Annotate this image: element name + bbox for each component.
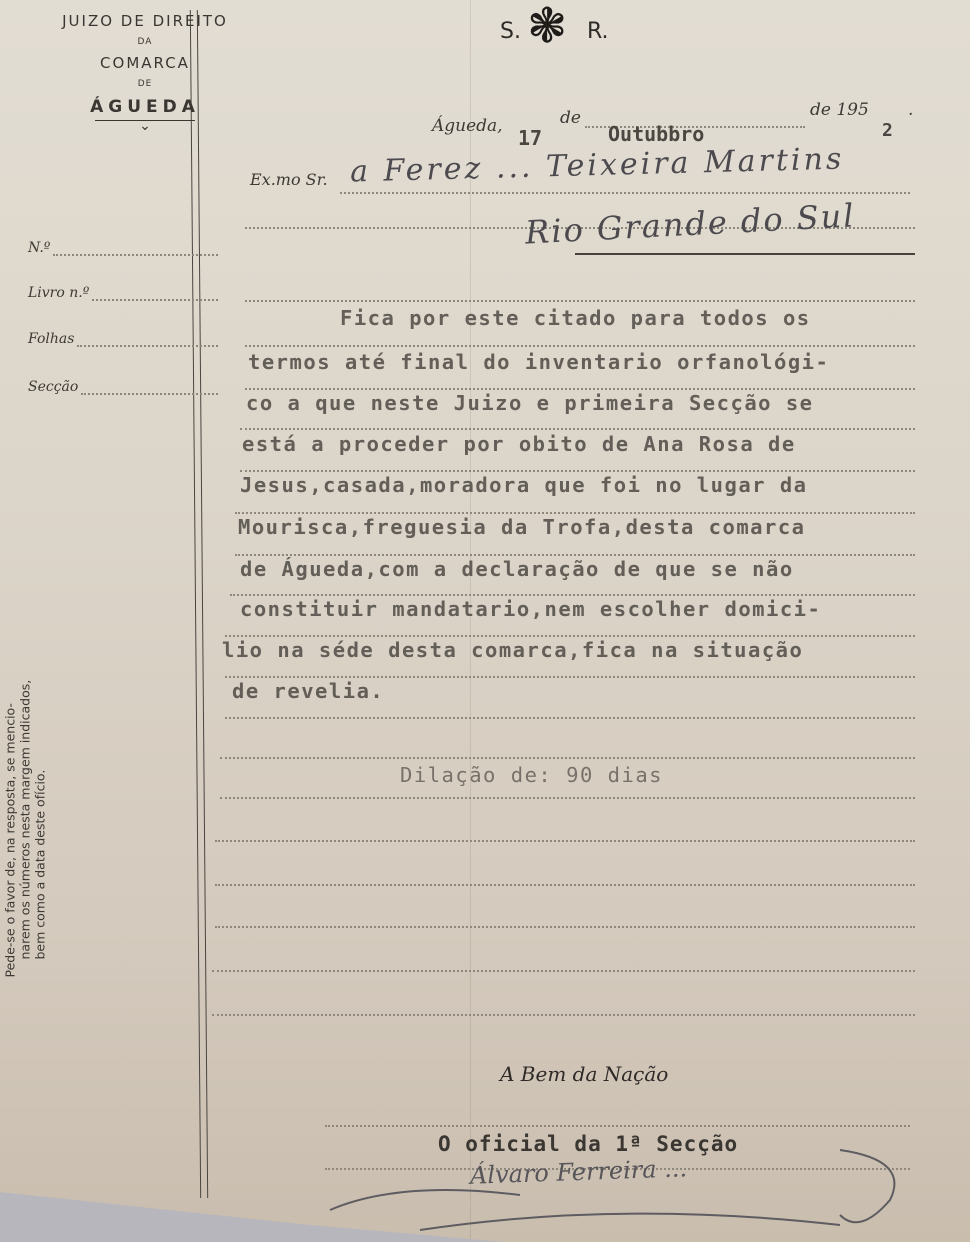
body-line-6: Mourisca,freguesia da Trofa,desta comarc… (238, 515, 806, 539)
ruled-line (215, 840, 915, 842)
field-label: Livro n.º (28, 285, 89, 301)
ruled-line (215, 926, 915, 928)
field-label: Secção (28, 379, 78, 395)
court-line-1: JUIZO DE DIREITO (40, 10, 250, 32)
body-line-3: co a que neste Juizo e primeira Secção s… (246, 391, 814, 415)
field-label: Folhas (28, 331, 74, 347)
field-numero: N.º (28, 240, 218, 256)
body-line-5: Jesus,casada,moradora que foi no lugar d… (240, 473, 808, 497)
ruled-line (235, 512, 915, 514)
court-line-3: COMARCA (40, 52, 250, 74)
body-line-9: lio na séde desta comarca,fica na situaç… (222, 638, 803, 662)
date-de: de (560, 108, 581, 128)
court-town: ÁGUEDA (40, 94, 250, 120)
field-blank (92, 287, 218, 301)
dilacao-line: Dilação de: 90 dias (400, 763, 663, 787)
field-blank (53, 242, 218, 256)
ruled-line (212, 1014, 915, 1016)
body-line-4: está a proceder por obito de Ana Rosa de (242, 432, 796, 456)
ruled-line (245, 388, 915, 390)
ruled-line (240, 470, 915, 472)
seal-header: S. ❃ R. (500, 8, 608, 54)
field-folhas: Folhas (28, 331, 218, 347)
ruled-line (212, 970, 915, 972)
date-month: Outubbro (608, 122, 704, 146)
court-line-4: DE (40, 74, 250, 94)
date-line: Águeda, 17 de Outubbro de 195 2 . (430, 100, 920, 140)
date-day: 17 (518, 126, 542, 150)
addressee-prefix: Ex.mo Sr. (250, 170, 328, 189)
addressee-underline (575, 253, 915, 255)
field-blank (77, 333, 218, 347)
coat-of-arms-icon: ❃ (527, 8, 581, 54)
ruled-line (225, 717, 915, 719)
field-seccao: Secção (28, 379, 218, 395)
body-line-7: de Águeda,com a declaração de que se não (240, 557, 794, 581)
ruled-line (230, 594, 915, 596)
chevron-down-icon: ⌄ (40, 121, 250, 131)
body-line-2: termos até final do inventario orfanológ… (248, 350, 829, 374)
ruled-line (215, 884, 915, 886)
addressee-place: Rio Grande do Sul (524, 196, 856, 251)
note-line: Pede-se o favor de, na resposta, se menc… (3, 588, 18, 978)
note-line: bem como a data deste ofício. (33, 588, 48, 978)
date-year-digit: 2 (882, 120, 893, 141)
margin-double-rule (190, 10, 208, 1198)
ruled-line (225, 676, 915, 678)
ruled-line (245, 345, 915, 347)
field-label: N.º (28, 240, 50, 256)
closing-phrase: A Bem da Nação (500, 1062, 668, 1086)
field-blank (81, 381, 218, 395)
ruled-line (235, 554, 915, 556)
signature-flourish (320, 1140, 920, 1240)
body-line-10: de revelia. (232, 679, 384, 703)
addressee-name: a Ferez ... Teixeira Martins (350, 142, 845, 190)
ruled-line (240, 428, 915, 430)
addressee-line-1 (340, 192, 910, 194)
field-livro: Livro n.º (28, 285, 218, 301)
date-century: de 195 (810, 100, 869, 120)
ruled-line (225, 635, 915, 637)
note-line: narem os números nesta margem indicados, (18, 588, 33, 978)
court-header: JUIZO DE DIREITO DA COMARCA DE ÁGUEDA ⌄ (40, 10, 250, 131)
document-paper: JUIZO DE DIREITO DA COMARCA DE ÁGUEDA ⌄ … (0, 0, 970, 1242)
body-line-8: constituir mandatario,nem escolher domic… (240, 597, 821, 621)
court-line-2: DA (40, 32, 250, 52)
margin-note: Pede-se o favor de, na resposta, se menc… (3, 588, 48, 978)
seal-s: S. (500, 19, 521, 44)
ruled-line (220, 757, 915, 759)
ruled-line (245, 300, 915, 302)
date-period: . (908, 100, 913, 120)
ruled-line (325, 1125, 910, 1127)
seal-r: R. (587, 19, 609, 44)
ruled-line (220, 797, 915, 799)
body-line-1: Fica por este citado para todos os (340, 306, 811, 330)
date-place: Águeda, (432, 116, 503, 136)
